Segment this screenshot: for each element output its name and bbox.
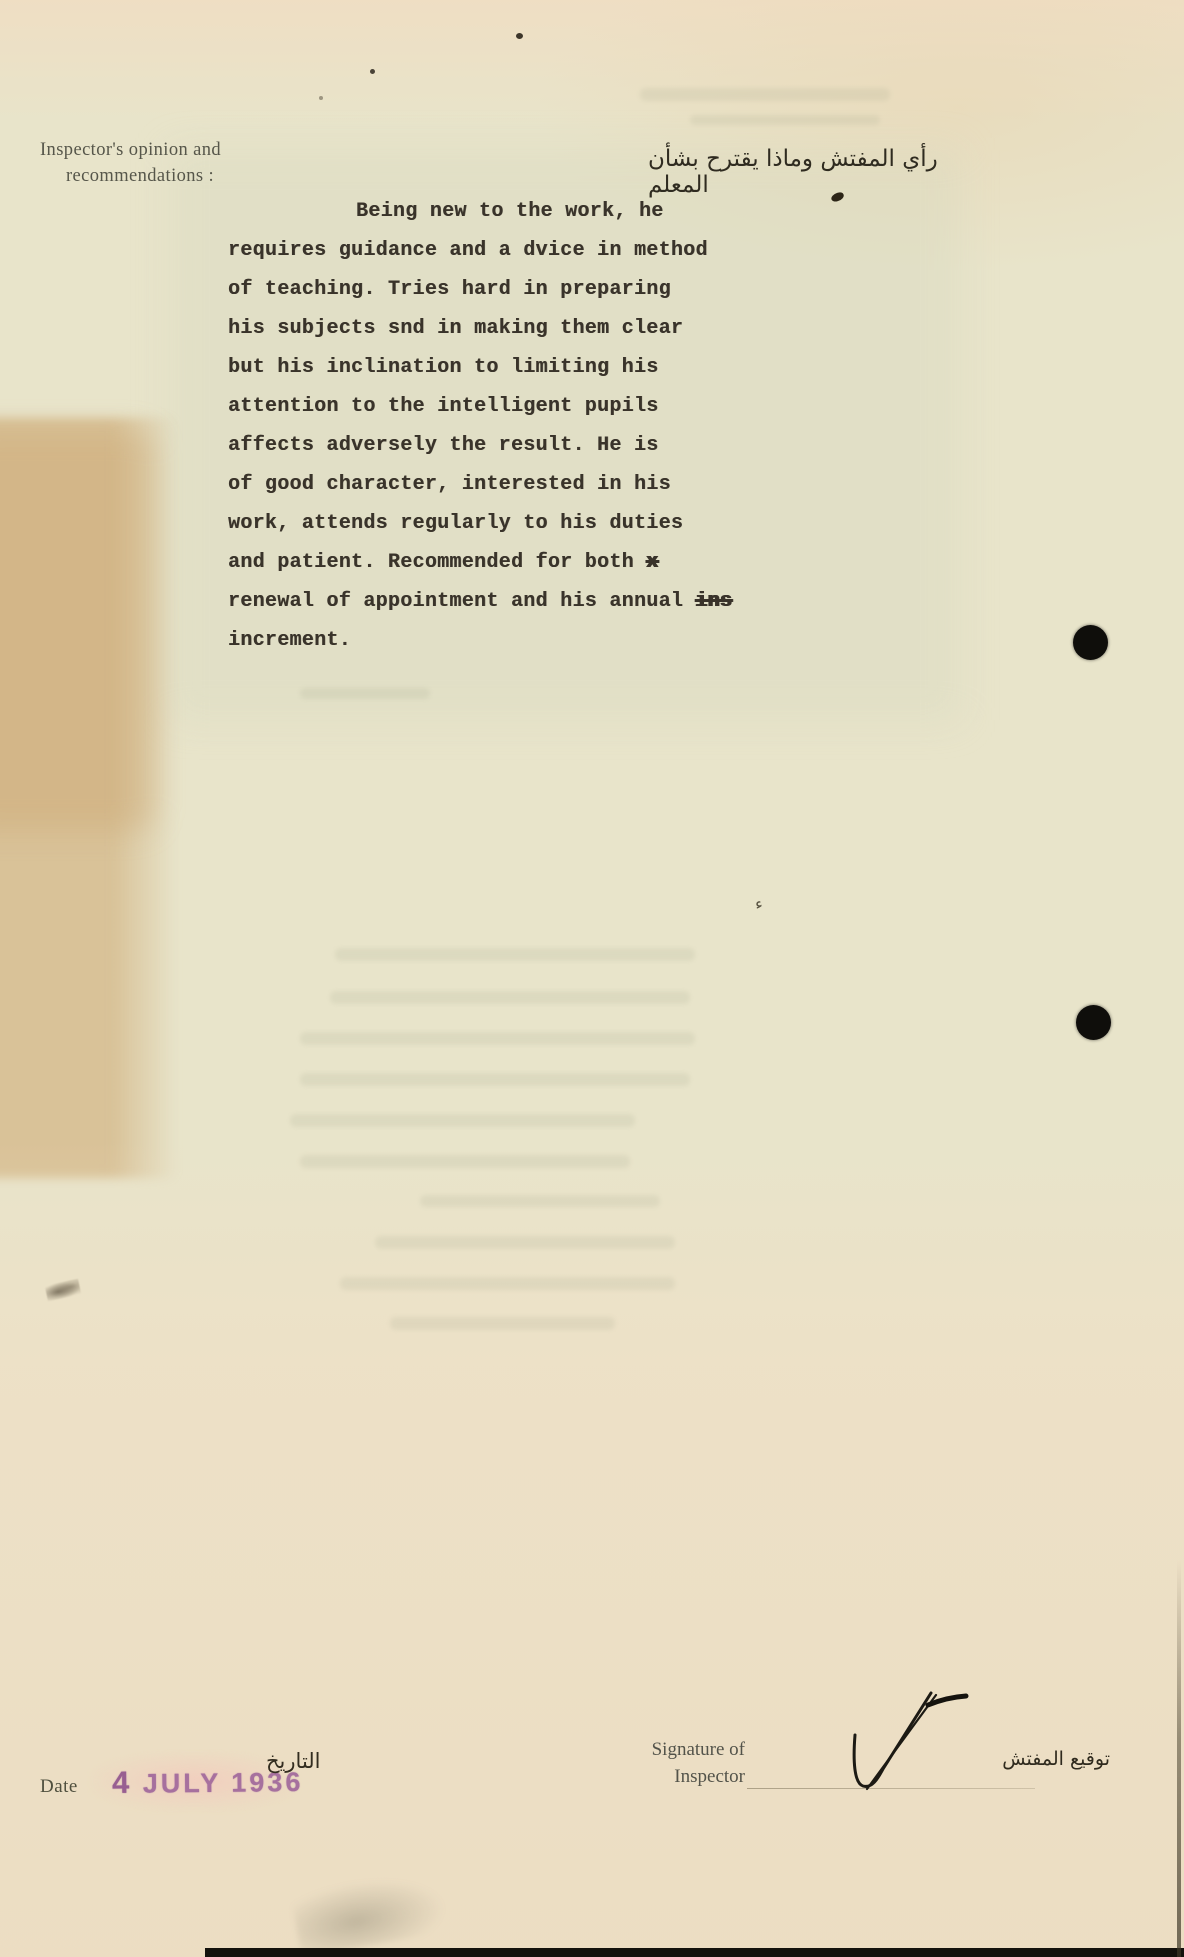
typed-line: requires guidance and a dvice in method [228,231,828,270]
punch-hole-bottom [1076,1005,1111,1040]
typed-text: renewal of appointment and his annual [228,590,695,613]
typed-text: of teaching. Tries hard in preparing [228,278,671,301]
date-label: Date [40,1776,78,1798]
ink-speck [319,96,323,100]
typed-text: of good character, interested in his [228,473,671,496]
typed-report-body: Being new to the work, he requires guida… [228,192,828,660]
typed-text: increment. [228,629,351,652]
typed-line: affects adversely the result. He is [228,426,828,465]
inspector-opinion-label-line2: recommendations : [40,163,270,189]
typed-line: work, attends regularly to his duties [228,504,828,543]
bleedthrough-text-ghost [640,88,890,101]
bleedthrough-text-ghost [300,688,430,699]
bleedthrough-text-ghost [375,1236,675,1249]
signature-label-arabic: توقيع المفتش [998,1748,1110,1770]
bleedthrough-text-ghost [390,1317,615,1330]
typed-line: his subjects snd in making them clear [228,309,828,348]
scan-edge-strip [205,1948,1184,1957]
bleedthrough-text-ghost [335,948,695,961]
page-edge-shadow [1177,1560,1181,1957]
paper-tint-top [0,0,1184,125]
scanned-inspection-report-page: Inspector's opinion and recommendations … [0,0,1184,1957]
typed-text: work, attends regularly to his duties [228,512,683,535]
typed-line: attention to the intelligent pupils [228,387,828,426]
typed-text: and patient. Recommended for both [228,551,646,574]
signature-label-line2: Inspector [674,1766,745,1787]
bleedthrough-text-ghost [290,1114,635,1127]
stray-ink-mark: ء [754,894,764,914]
bleedthrough-text-ghost [690,115,880,125]
inspector-opinion-label-line1: Inspector's opinion and [40,140,221,160]
inspector-opinion-label: Inspector's opinion and recommendations … [40,137,270,189]
typed-line: of teaching. Tries hard in preparing [228,270,828,309]
signature-label-line1: Signature of [652,1739,745,1760]
pencil-smudge [45,1279,82,1302]
ink-speck [370,69,375,74]
typed-line: and patient. Recommended for both x [228,543,828,582]
typed-text: Being new to the work, he [356,200,664,223]
typed-text: but his inclination to limiting his [228,356,659,379]
bleedthrough-text-ghost [420,1195,660,1207]
typed-text: requires guidance and a dvice in method [228,239,708,262]
bleedthrough-text-ghost [340,1277,675,1290]
typed-line: of good character, interested in his [228,465,828,504]
ink-speck [516,33,523,39]
typed-text: affects adversely the result. He is [228,434,659,457]
typed-line: Being new to the work, he [228,192,828,231]
typed-line: but his inclination to limiting his [228,348,828,387]
arabic-header-title: رأي المفتش وماذا يقترح بشأن المعلم [648,146,942,198]
paper-stain-left-dark [0,430,155,830]
paper-stain-left [0,418,177,1178]
date-label-arabic: التاريخ [266,1749,321,1773]
scan-smudge [290,1867,449,1957]
punch-hole-top [1073,625,1108,660]
inspector-signature-mark [838,1665,970,1800]
typed-text: his subjects snd in making them clear [228,317,683,340]
struck-text: ins [695,590,732,613]
typed-line: increment. [228,621,828,660]
bleedthrough-text-ghost [330,991,690,1004]
bleedthrough-text-ghost [300,1155,630,1168]
bleedthrough-text-ghost [300,1073,690,1086]
paper-tint-bottom [0,1140,1184,1957]
typed-text: attention to the intelligent pupils [228,395,659,418]
typed-line: renewal of appointment and his annual in… [228,582,828,621]
struck-text: x [646,551,658,574]
bleedthrough-text-ghost [300,1032,695,1045]
signature-of-inspector-label: Signature of Inspector [583,1736,745,1790]
